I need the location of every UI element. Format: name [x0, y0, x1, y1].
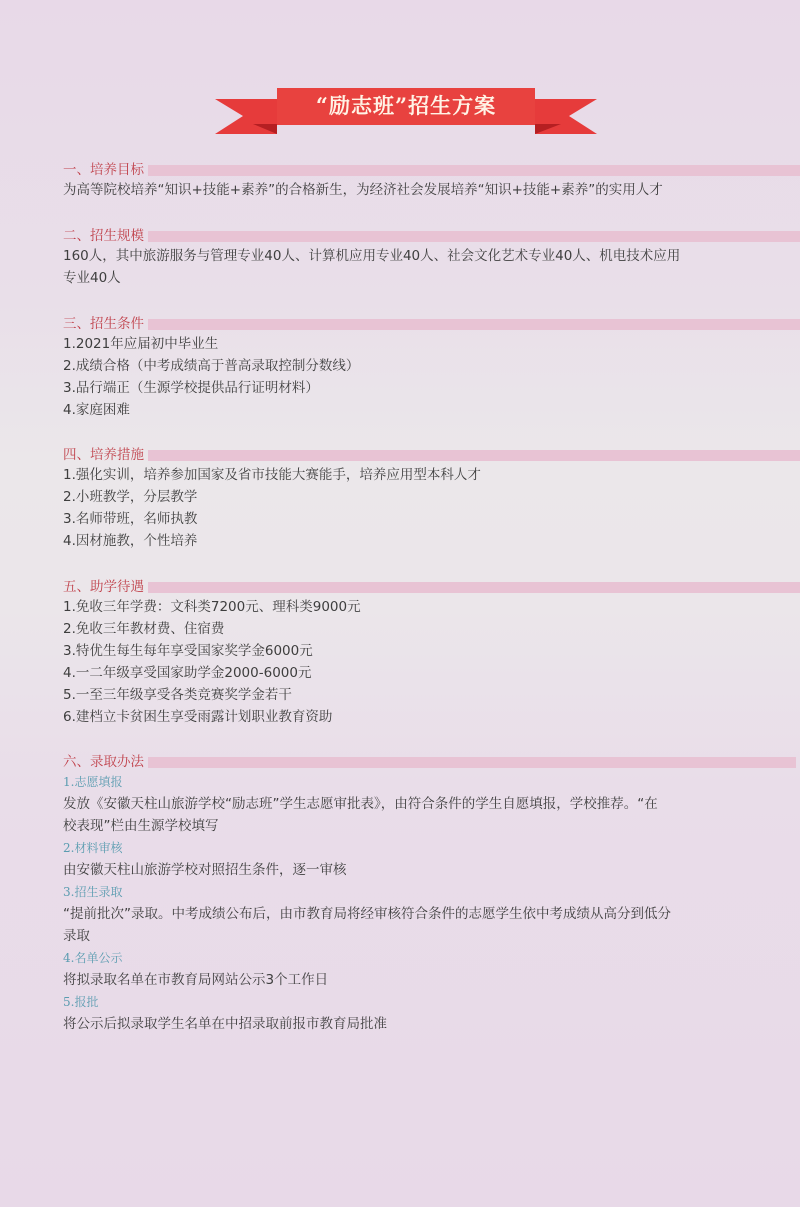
subsection-heading: 3.招生录取	[63, 881, 800, 903]
list-item: 2.免收三年教材费、住宿费	[63, 618, 800, 640]
section-training-goal: 一、培养目标 为高等院校培养“知识+技能+素养”的合格新生，为经济社会发展培养“…	[63, 161, 800, 201]
list-item: 1.免收三年学费：文科类7200元、理科类9000元	[63, 596, 800, 618]
list-item: 3.品行端正（生源学校提供品行证明材料）	[63, 377, 800, 399]
heading-bar	[148, 757, 796, 768]
list-item: 5.一至三年级享受各类竞赛奖学金若干	[63, 684, 800, 706]
title-banner: “励志班”招生方案	[215, 88, 597, 136]
section-admission-method: 六、录取办法 1.志愿填报 发放《安徽天柱山旅游学校“励志班”学生志愿审批表》，…	[63, 753, 800, 1035]
subsection-heading: 1.志愿填报	[63, 771, 800, 793]
section-text: 校表现”栏由生源学校填写	[63, 815, 800, 837]
heading-bar	[148, 165, 800, 176]
heading-bar	[148, 319, 800, 330]
section-heading: 六、录取办法	[63, 753, 148, 771]
subsection-heading: 4.名单公示	[63, 947, 800, 969]
section-text: 160人，其中旅游服务与管理专业40人、计算机应用专业40人、社会文化艺术专业4…	[63, 245, 800, 267]
section-text: 录取	[63, 925, 800, 947]
section-text: 由安徽天柱山旅游学校对照招生条件，逐一审核	[63, 859, 800, 881]
section-text: 为高等院校培养“知识+技能+素养”的合格新生，为经济社会发展培养“知识+技能+素…	[63, 179, 800, 201]
list-item: 2.成绩合格（中考成绩高于普高录取控制分数线）	[63, 355, 800, 377]
section-enrollment-conditions: 三、招生条件 1.2021年应届初中毕业生 2.成绩合格（中考成绩高于普高录取控…	[63, 315, 800, 421]
list-item: 6.建档立卡贫困生享受雨露计划职业教育资助	[63, 706, 800, 728]
list-item: 4.家庭困难	[63, 399, 800, 421]
list-item: 3.名师带班，名师执教	[63, 508, 800, 530]
section-text: 专业40人	[63, 267, 800, 289]
subsection-heading: 5.报批	[63, 991, 800, 1013]
list-item: 3.特优生每生每年享受国家奖学金6000元	[63, 640, 800, 662]
section-enrollment-scale: 二、招生规模 160人，其中旅游服务与管理专业40人、计算机应用专业40人、社会…	[63, 227, 800, 289]
list-item: 4.一二年级享受国家助学金2000-6000元	[63, 662, 800, 684]
section-heading: 四、培养措施	[63, 446, 148, 464]
heading-bar	[148, 450, 800, 461]
section-training-measures: 四、培养措施 1.强化实训，培养参加国家及省市技能大赛能手，培养应用型本科人才 …	[63, 446, 800, 552]
subsection-heading: 2.材料审核	[63, 837, 800, 859]
list-item: 1.强化实训，培养参加国家及省市技能大赛能手，培养应用型本科人才	[63, 464, 800, 486]
section-text: 发放《安徽天柱山旅游学校“励志班”学生志愿审批表》，由符合条件的学生自愿填报，学…	[63, 793, 800, 815]
section-financial-aid: 五、助学待遇 1.免收三年学费：文科类7200元、理科类9000元 2.免收三年…	[63, 578, 800, 728]
heading-bar	[148, 582, 800, 593]
section-text: “提前批次”录取。中考成绩公布后，由市教育局将经审核符合条件的志愿学生依中考成绩…	[63, 903, 800, 925]
section-heading: 一、培养目标	[63, 161, 148, 179]
section-heading: 三、招生条件	[63, 315, 148, 333]
heading-bar	[148, 231, 800, 242]
list-item: 2.小班教学，分层教学	[63, 486, 800, 508]
page-title: “励志班”招生方案	[275, 88, 537, 124]
list-item: 1.2021年应届初中毕业生	[63, 333, 800, 355]
section-heading: 二、招生规模	[63, 227, 148, 245]
section-text: 将公示后拟录取学生名单在中招录取前报市教育局批准	[63, 1013, 800, 1035]
section-heading: 五、助学待遇	[63, 578, 148, 596]
list-item: 4.因材施教，个性培养	[63, 530, 800, 552]
section-text: 将拟录取名单在市教育局网站公示3个工作日	[63, 969, 800, 991]
